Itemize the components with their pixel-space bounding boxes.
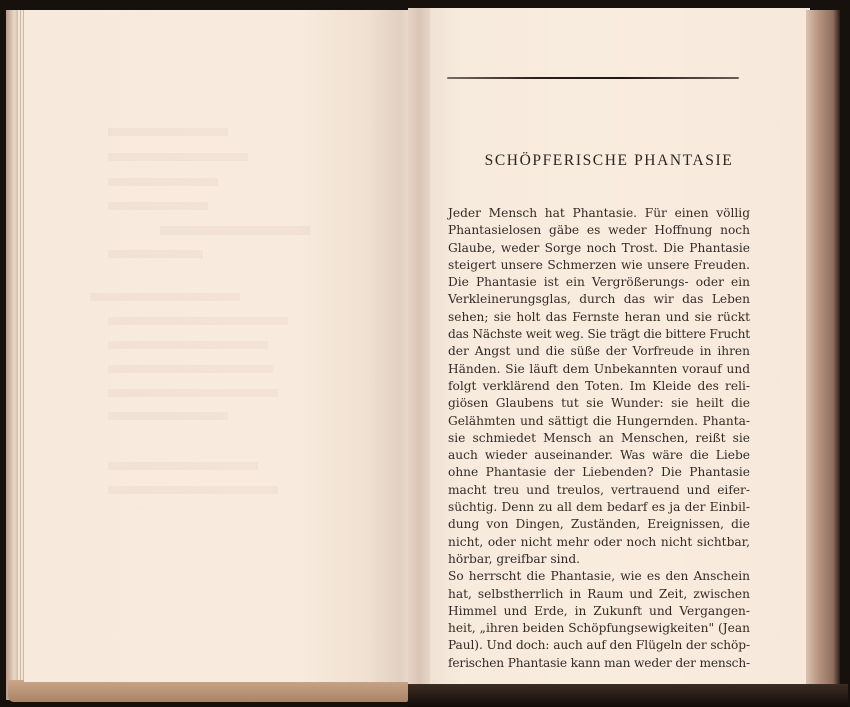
text-line: auch wieder auseinander. Was wäre die Li… — [448, 447, 750, 464]
text-line: sie schmiedet Mensch an Menschen, reißt … — [448, 430, 750, 447]
text-line: heit, „ihren beiden Schöpfungsewigkeiten… — [448, 620, 750, 637]
text-line: macht treu und treulos, vertrauend und e… — [448, 482, 750, 499]
text-line: Phantasielosen gäbe es weder Hoffnung no… — [448, 222, 750, 239]
text-line: giösen Glaubens tut sie Wunder: sie heil… — [448, 395, 750, 412]
text-line: Glaube, weder Sorge noch Trost. Die Phan… — [448, 240, 750, 257]
text-line: steigert unsere Schmerzen wie unsere Fre… — [448, 257, 750, 274]
book-spread: SCHÖPFERISCHE PHANTASIE Jeder Mensch hat… — [0, 0, 850, 707]
text-line: das Nächste weit weg. Sie trägt die bitt… — [448, 326, 750, 343]
text-line: der Angst und die süße der Vorfreude in … — [448, 343, 750, 360]
text-line: Jeder Mensch hat Phantasie. Für einen vö… — [448, 205, 750, 222]
text-line: Händen. Sie läuft dem Unbekannten vorauf… — [448, 361, 750, 378]
text-line: Verkleinerungsglas, durch das wir das Le… — [448, 291, 750, 308]
chapter-title: SCHÖPFERISCHE PHANTASIE — [440, 152, 778, 170]
text-line: süchtig. Denn zu all dem bedarf es ja de… — [448, 499, 750, 516]
paragraph-2: So herrscht die Phantasie, wie es den An… — [448, 568, 750, 672]
text-line: dung von Dingen, Zuständen, Ereignissen,… — [448, 516, 750, 533]
text-line: ohne Phantasie der Liebenden? Die Phanta… — [448, 464, 750, 481]
book-cover-bottom — [8, 680, 408, 702]
text-line: folgt verklärend den Toten. Im Kleide de… — [448, 378, 750, 395]
text-line: Die Phantasie ist ein Vergrößerungs- ode… — [448, 274, 750, 291]
body-text: Jeder Mensch hat Phantasie. Für einen vö… — [448, 205, 750, 672]
text-line: sehen; sie holt das Fernste heran und si… — [448, 309, 750, 326]
paragraph-1: Jeder Mensch hat Phantasie. Für einen vö… — [448, 205, 750, 568]
text-line: Himmel und Erde, in Zukunft und Vergange… — [448, 603, 750, 620]
header-rule — [447, 77, 739, 79]
text-line: ferischen Phantasie kann man weder der m… — [448, 655, 750, 672]
text-line: hörbar, greifbar sind. — [448, 551, 750, 568]
page-stack-right — [806, 10, 840, 686]
text-line: nicht, oder nicht mehr oder noch nicht s… — [448, 534, 750, 551]
text-line: hat, selbstherrlich in Raum und Zeit, zw… — [448, 586, 750, 603]
shadow — [408, 684, 848, 707]
text-line: Paul). Und doch: auch auf den Flügeln de… — [448, 637, 750, 654]
text-line: Gelähmten und sättigt die Hungernden. Ph… — [448, 413, 750, 430]
text-line: So herrscht die Phantasie, wie es den An… — [448, 568, 750, 585]
